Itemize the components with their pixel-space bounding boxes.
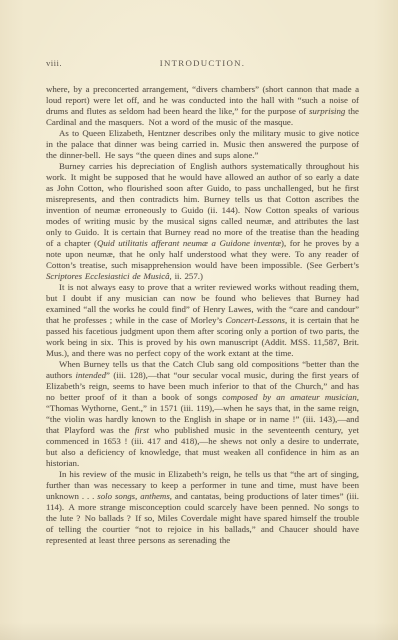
paragraph: where, by a preconcerted arrangement, “d… [46, 84, 359, 128]
book-page: viii. INTRODUCTION. where, by a preconce… [0, 0, 398, 640]
italic-text-run: Scriptores Ecclesiastici de Musicâ [46, 271, 170, 281]
text-block: where, by a preconcerted arrangement, “d… [46, 84, 359, 546]
italic-text-run: Quid utilitatis afferant neumæ a Guidone… [97, 238, 281, 248]
italic-text-run: first [135, 425, 149, 435]
paragraph: It is not always easy to prove that a wr… [46, 282, 359, 359]
paragraph: In his review of the music in Elizabeth’… [46, 469, 359, 546]
italic-text-run: Concert-Lessons [226, 315, 285, 325]
italic-text-run: surprising [309, 106, 345, 116]
italic-text-run: anthems [140, 491, 169, 501]
italic-text-run: solo songs [97, 491, 135, 501]
text-run: As to Queen Elizabeth, Hentzner describe… [46, 128, 359, 160]
paragraph: As to Queen Elizabeth, Hentzner describe… [46, 128, 359, 161]
running-title: INTRODUCTION. [46, 58, 359, 68]
paragraph: When Burney tells us that the Catch Club… [46, 359, 359, 469]
page-header: viii. INTRODUCTION. [46, 58, 359, 70]
paragraph: Burney carries his depreciation of Engli… [46, 161, 359, 282]
italic-text-run: intended [76, 370, 106, 380]
text-run: Burney carries his depreciation of Engli… [46, 161, 359, 248]
text-run: , ii. 257.) [170, 271, 203, 281]
italic-text-run: composed by an amateur musician [222, 392, 357, 402]
